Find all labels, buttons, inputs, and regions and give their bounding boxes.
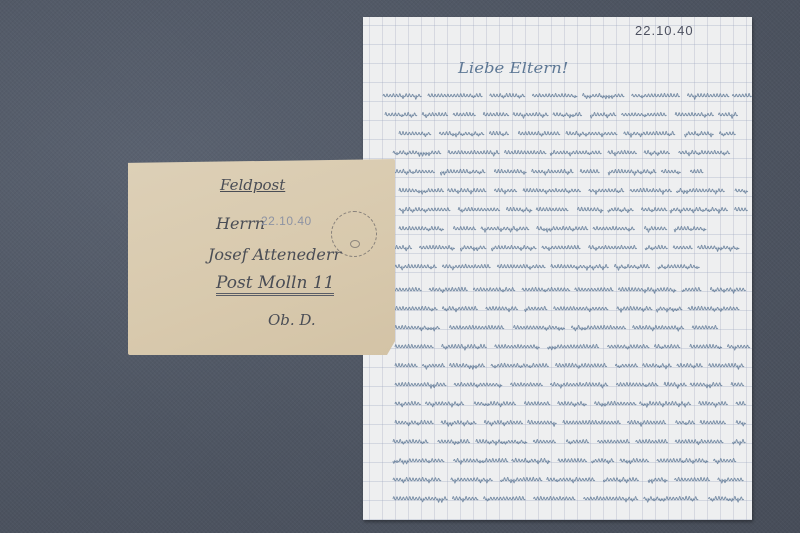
handwritten-line (383, 239, 739, 254)
handwritten-line (383, 87, 751, 102)
postmark-stamp-icon (331, 211, 377, 257)
handwritten-line (395, 258, 705, 273)
handwritten-line (395, 395, 743, 410)
handwritten-line (385, 106, 743, 121)
handwritten-line (395, 338, 747, 353)
handwritten-line (395, 376, 741, 391)
handwritten-line (393, 433, 743, 448)
handwritten-line (393, 144, 733, 159)
envelope-pencil-date: 22.10.40 (261, 214, 312, 228)
handwritten-line (395, 357, 743, 372)
handwritten-letter: 22.10.40 Liebe Eltern! (363, 17, 752, 520)
handwritten-line (393, 471, 743, 486)
handwritten-line (399, 182, 745, 197)
handwritten-line (393, 452, 735, 467)
envelope-recipient: Josef Attenederr (208, 245, 341, 264)
feldpost-envelope: Feldpost Herrn 22.10.40 Josef Attenederr… (128, 159, 395, 355)
handwritten-line (393, 490, 743, 505)
handwritten-line (393, 163, 703, 178)
handwritten-line (399, 220, 705, 235)
handwritten-line (383, 300, 739, 315)
handwritten-line (399, 125, 733, 140)
envelope-header: Feldpost (220, 176, 285, 194)
handwritten-line (395, 319, 715, 334)
handwritten-line (395, 414, 745, 429)
envelope-salutation: Herrn (216, 214, 265, 233)
envelope-region: Ob. D. (268, 311, 316, 329)
letter-body (363, 17, 752, 520)
handwritten-line (383, 281, 747, 296)
envelope-post-office: Post Molln 11 (216, 273, 334, 296)
handwritten-line (399, 201, 745, 216)
